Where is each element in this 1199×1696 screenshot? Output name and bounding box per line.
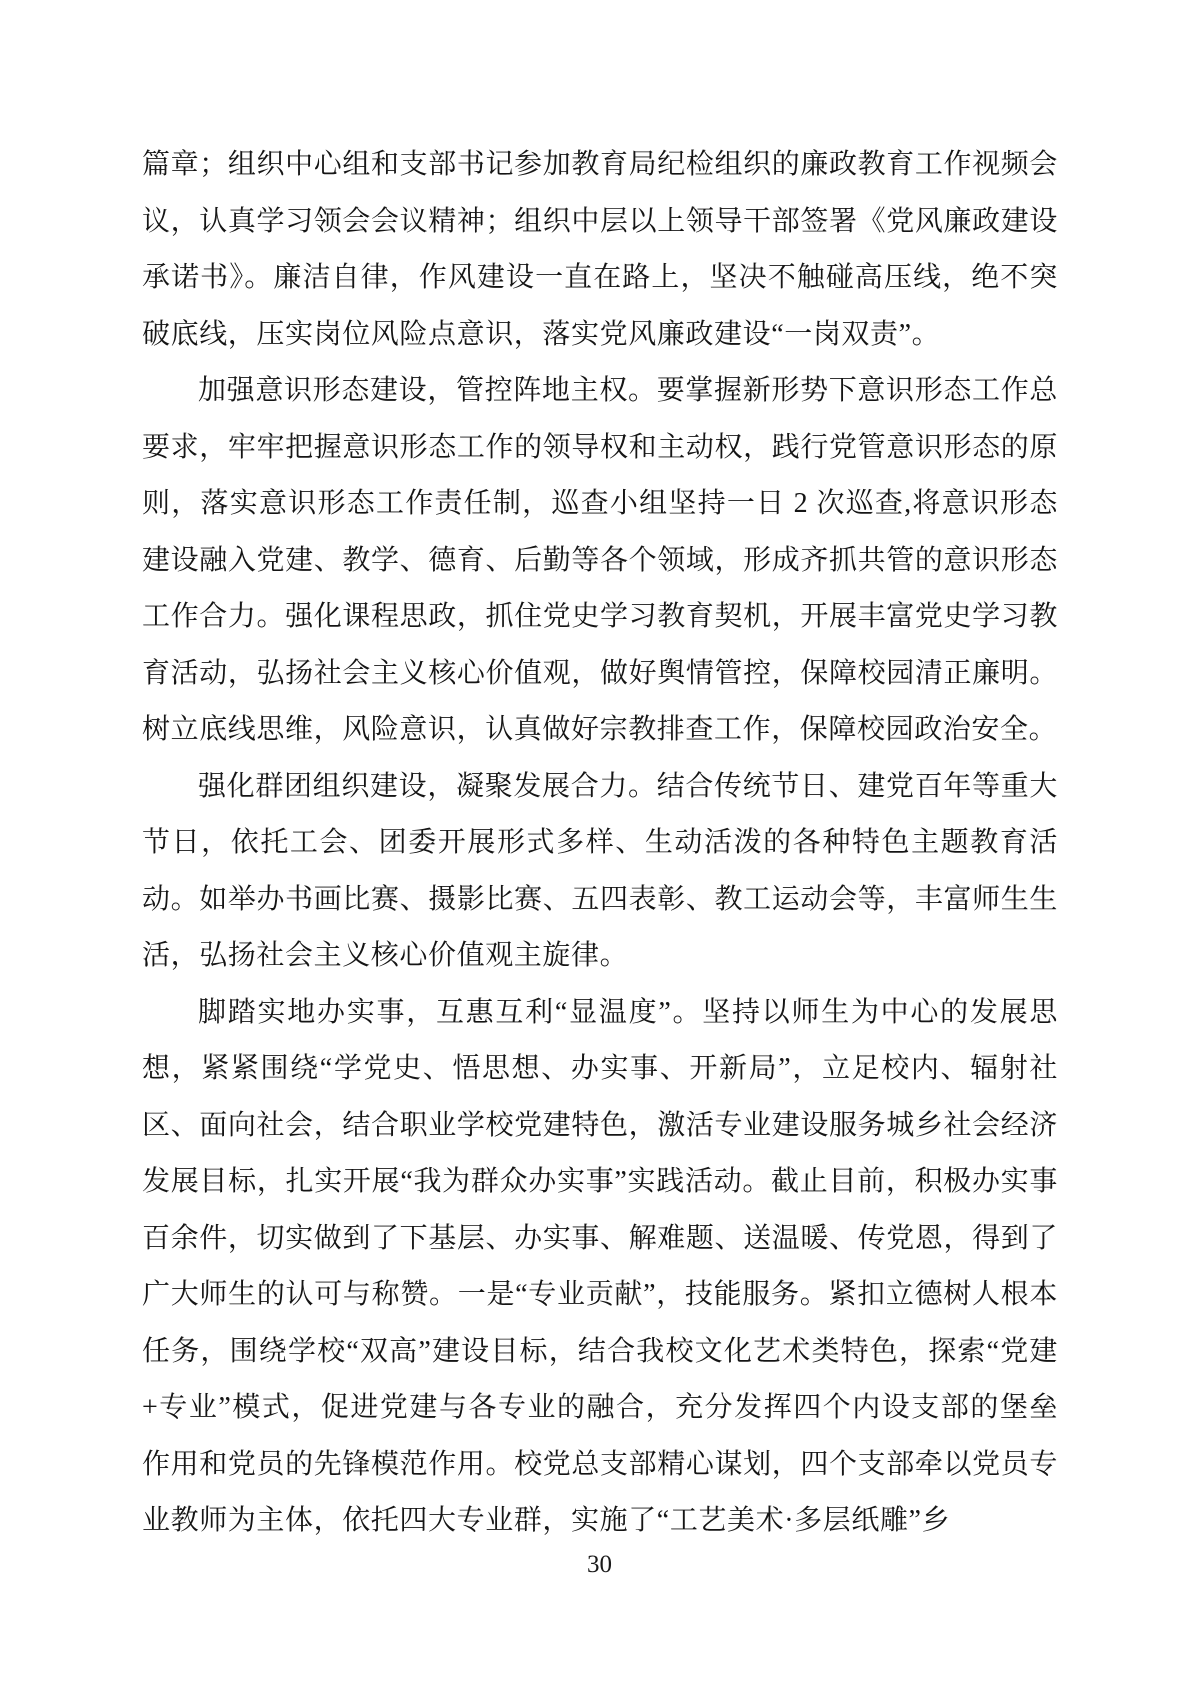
paragraph-ideology-building: 加强意识形态建设，管控阵地主权。要掌握新形势下意识形态工作总要求，牢牢把握意识形… [142,363,1058,759]
paragraph-practical-work: 脚踏实地办实事，互惠互利“显温度”。坚持以师生为中心的发展思想，紧紧围绕“学党史… [142,985,1058,1550]
paragraph-group-organization: 强化群团组织建设，凝聚发展合力。结合传统节日、建党百年等重大节日，依托工会、团委… [142,759,1058,985]
document-page: 篇章；组织中心组和支部书记参加教育局纪检组织的廉政教育工作视频会议，认真学习领会… [0,0,1199,1696]
document-body: 篇章；组织中心组和支部书记参加教育局纪检组织的廉政教育工作视频会议，认真学习领会… [142,137,1058,1550]
page-number: 30 [0,1550,1199,1580]
paragraph-continuation: 篇章；组织中心组和支部书记参加教育局纪检组织的廉政教育工作视频会议，认真学习领会… [142,137,1058,363]
